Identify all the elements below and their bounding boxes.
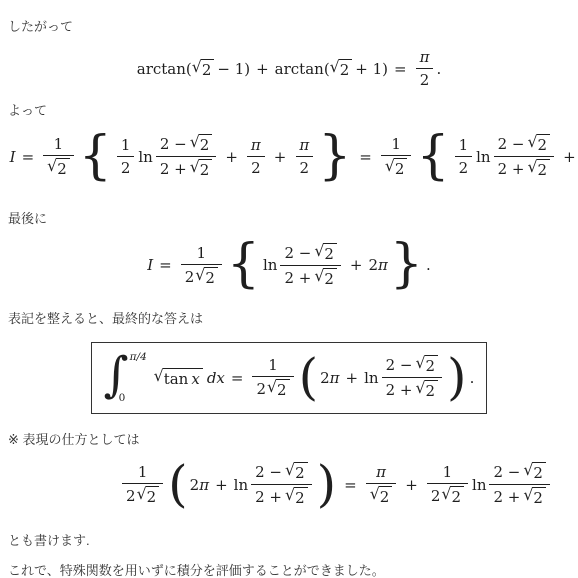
formula-I-simplified: I = 1 2√2 { ln 2 −√2 2 +√2 + 2π } .: [8, 240, 570, 289]
ln-operator: ln: [364, 369, 378, 387]
fraction-2minus-sqrt2-over-2plus-sqrt2: 2 −√2 2 +√2: [489, 462, 549, 507]
two: 2: [459, 159, 469, 177]
denominator: 2√2: [252, 376, 293, 399]
paragraph-thus: よって: [8, 102, 570, 119]
two: 2: [126, 487, 136, 505]
two: 2: [190, 476, 200, 494]
two-minus: 2 −: [498, 135, 525, 153]
sqrt-2: √2: [314, 243, 337, 263]
fraction-pi-over-2: π 2: [416, 48, 434, 89]
fraction-1-over-2sqrt2: 1 2√2: [252, 356, 293, 399]
numerator: 1: [264, 356, 282, 376]
period: .: [436, 60, 441, 78]
one: 1: [197, 244, 207, 262]
plus-one-close: + 1): [355, 60, 388, 78]
arctan-open: arctan(: [137, 60, 192, 78]
integral: ∫ π/4 0: [104, 351, 152, 405]
formula-I-braces: I = 1 √2 { 1 2 ln 2 −√2 2 +√2 + π 2 +: [8, 132, 570, 181]
two: 2: [369, 256, 379, 274]
fraction-2minus-sqrt2-over-2plus-sqrt2: 2 −√2 2 +√2: [156, 134, 216, 179]
numerator: 2 −√2: [251, 462, 311, 484]
denominator: 2 +√2: [156, 156, 216, 179]
fraction-1-over-2sqrt2: 1 2√2: [181, 244, 222, 287]
fraction-2minus-sqrt2-over-2plus-sqrt2: 2 −√2 2 +√2: [280, 243, 340, 288]
tan-operator: tan: [164, 370, 189, 388]
integral-upper-limit: π/4: [130, 351, 147, 363]
sqrt-2: √2: [523, 462, 546, 482]
sqrt-2: √2: [527, 159, 550, 179]
plus-operator: +: [215, 476, 228, 494]
sqrt-2: √2: [523, 487, 546, 507]
minus-one-close: − 1): [217, 60, 250, 78]
one: 1: [121, 136, 131, 154]
two-plus: 2 +: [386, 381, 413, 399]
two-plus: 2 +: [498, 160, 525, 178]
equals-sign: =: [159, 256, 172, 274]
left-brace: {: [227, 240, 260, 289]
ln-operator: ln: [472, 476, 486, 494]
math-row: 1 2√2 ( 2π + ln 2 −√2 2 +√2 ) = π √2 + 1…: [119, 461, 553, 509]
pi: π: [378, 256, 388, 274]
two: 2: [300, 159, 310, 177]
denominator: 2: [455, 156, 473, 177]
ln-operator: ln: [138, 148, 152, 166]
two: 2: [121, 159, 131, 177]
denominator: 2√2: [122, 483, 163, 506]
period: .: [470, 369, 475, 387]
fraction-1-over-2: 1 2: [117, 136, 135, 177]
two-minus: 2 −: [255, 463, 282, 481]
numerator: 2 −√2: [489, 462, 549, 484]
equals-sign: =: [344, 476, 357, 494]
fraction-2minus-sqrt2-over-2plus-sqrt2: 2 −√2 2 +√2: [494, 134, 554, 179]
denominator: √2: [366, 483, 397, 506]
two-pi: 2π: [369, 256, 388, 274]
answer-box: ∫ π/4 0 √tanx dx = 1 2√2 ( 2π + ln 2 −√2…: [91, 342, 488, 414]
radicand: tanx: [163, 368, 203, 388]
radicand: 2: [199, 159, 213, 179]
radicand: 2: [276, 379, 290, 399]
plus-operator: +: [350, 256, 363, 274]
radicand: 2: [532, 487, 546, 507]
fraction-1-over-sqrt2: 1 √2: [43, 135, 74, 178]
numerator: π: [295, 136, 313, 156]
sqrt-2: √2: [195, 267, 218, 287]
pi: π: [251, 136, 261, 154]
paragraph-finally: 最後に: [8, 210, 570, 227]
right-brace: }: [390, 240, 423, 289]
numerator: 2 −√2: [494, 134, 554, 156]
two: 2: [251, 159, 261, 177]
fraction-1-over-sqrt2: 1 √2: [381, 135, 412, 178]
denominator: 2 +√2: [280, 265, 340, 288]
var-I: I: [10, 148, 16, 166]
equals-sign: =: [394, 60, 407, 78]
paragraph-also-written: とも書けます.: [8, 532, 570, 549]
one: 1: [443, 463, 453, 481]
radicand: 2: [450, 486, 464, 506]
equals-sign: =: [231, 369, 244, 387]
sqrt-2: √2: [190, 159, 213, 179]
formula-final-boxed: ∫ π/4 0 √tanx dx = 1 2√2 ( 2π + ln 2 −√2…: [8, 342, 570, 414]
plus-operator: +: [346, 369, 359, 387]
two: 2: [420, 71, 430, 89]
radicand: 2: [294, 462, 308, 482]
pi: π: [376, 463, 386, 481]
denominator: 2 +√2: [489, 484, 549, 507]
denominator: 2√2: [427, 483, 468, 506]
plus-operator: +: [405, 476, 418, 494]
denominator: 2 +√2: [251, 484, 311, 507]
two-plus: 2 +: [160, 160, 187, 178]
two: 2: [185, 268, 195, 286]
radicand: 2: [339, 59, 353, 79]
math-row: arctan( √2 − 1) + arctan( √2 + 1) = π 2 …: [137, 48, 441, 89]
integral-lower-limit: 0: [119, 392, 126, 404]
one: 1: [268, 356, 278, 374]
radicand: 2: [425, 380, 439, 400]
right-paren: ): [317, 461, 337, 509]
sqrt-2: √2: [285, 462, 308, 482]
denominator: 2: [416, 68, 434, 89]
right-brace: }: [318, 132, 351, 181]
two-minus: 2 −: [493, 463, 520, 481]
arctan-open: arctan(: [275, 60, 330, 78]
sqrt-2: √2: [441, 486, 464, 506]
denominator: 2√2: [181, 264, 222, 287]
denominator: 2: [117, 156, 135, 177]
sqrt-2: √2: [137, 486, 160, 506]
fraction-1-over-2sqrt2: 1 2√2: [122, 463, 163, 506]
pi: π: [420, 48, 430, 66]
denominator: √2: [43, 155, 74, 178]
var-I: I: [147, 256, 153, 274]
ln-operator: ln: [234, 476, 248, 494]
sqrt-2: √2: [267, 379, 290, 399]
numerator: 2 −√2: [280, 243, 340, 265]
radicand: 2: [294, 487, 308, 507]
radicand: 2: [379, 486, 393, 506]
one: 1: [459, 136, 469, 154]
formula-arctan-identity: arctan( √2 − 1) + arctan( √2 + 1) = π 2 …: [8, 48, 570, 89]
two-plus: 2 +: [284, 269, 311, 287]
two: 2: [320, 369, 330, 387]
var-x: x: [191, 370, 199, 388]
period: .: [426, 256, 431, 274]
denominator: 2 +√2: [494, 156, 554, 179]
sqrt-2: √2: [190, 134, 213, 154]
radicand: 2: [537, 159, 551, 179]
two-plus: 2 +: [255, 488, 282, 506]
sqrt-2: √2: [192, 59, 215, 79]
numerator: π: [416, 48, 434, 68]
denominator: 2 +√2: [382, 377, 442, 400]
document-root: したがって arctan( √2 − 1) + arctan( √2 + 1) …: [0, 0, 578, 578]
numerator: 1: [387, 135, 405, 155]
radicand: 2: [323, 243, 337, 263]
sqrt-2: √2: [285, 487, 308, 507]
paragraph-note: ※ 表現の仕方としては: [8, 431, 570, 448]
math-row: I = 1 √2 { 1 2 ln 2 −√2 2 +√2 + π 2 +: [10, 132, 578, 181]
sqrt-2: √2: [385, 158, 408, 178]
numerator: 1: [439, 463, 457, 483]
numerator: 1: [455, 136, 473, 156]
radicand: 2: [532, 462, 546, 482]
fraction-2minus-sqrt2-over-2plus-sqrt2: 2 −√2 2 +√2: [251, 462, 311, 507]
left-brace: {: [416, 132, 449, 181]
equals-sign: =: [359, 148, 372, 166]
two-minus: 2 −: [160, 135, 187, 153]
ln-operator: ln: [263, 256, 277, 274]
radicand: 2: [199, 134, 213, 154]
denominator: √2: [381, 155, 412, 178]
pi: π: [299, 136, 309, 154]
pi: π: [199, 476, 209, 494]
two-minus: 2 −: [386, 356, 413, 374]
sqrt-2: √2: [330, 59, 353, 79]
numerator: 2 −√2: [382, 355, 442, 377]
sqrt-2: √2: [527, 134, 550, 154]
numerator: 2 −√2: [156, 134, 216, 156]
denominator: 2: [296, 156, 314, 177]
fraction-pi-over-2: π 2: [247, 136, 265, 177]
paragraph-conclusion: これで、特殊関数を用いずに積分を評価することができました。: [8, 562, 570, 578]
fraction-pi-over-2: π 2: [295, 136, 313, 177]
equals-sign: =: [22, 148, 35, 166]
formula-alternative-form: 1 2√2 ( 2π + ln 2 −√2 2 +√2 ) = π √2 + 1…: [8, 461, 570, 509]
paragraph-arrange: 表記を整えると、最終的な答えは: [8, 310, 570, 327]
sqrt-2: √2: [370, 486, 393, 506]
left-paren: (: [299, 354, 319, 402]
radicand: 2: [146, 486, 160, 506]
math-row: ∫ π/4 0 √tanx dx = 1 2√2 ( 2π + ln 2 −√2…: [104, 351, 475, 405]
one: 1: [138, 463, 148, 481]
numerator: 1: [117, 136, 135, 156]
plus-operator: +: [563, 148, 576, 166]
radicand: 2: [425, 355, 439, 375]
math-row: I = 1 2√2 { ln 2 −√2 2 +√2 + 2π } .: [147, 240, 431, 289]
one: 1: [391, 135, 401, 153]
dx: dx: [207, 369, 225, 387]
plus-operator: +: [225, 148, 238, 166]
numerator: π: [372, 463, 390, 483]
plus-operator: +: [274, 148, 287, 166]
plus-operator: +: [256, 60, 269, 78]
fraction-1-over-2: 1 2: [455, 136, 473, 177]
numerator: 1: [50, 135, 68, 155]
radicand: 2: [537, 134, 551, 154]
paragraph-therefore: したがって: [8, 18, 570, 35]
numerator: π: [247, 136, 265, 156]
right-paren: ): [447, 354, 467, 402]
one: 1: [54, 135, 64, 153]
two: 2: [431, 487, 441, 505]
left-brace: {: [79, 132, 112, 181]
numerator: 1: [193, 244, 211, 264]
sqrt-2: √2: [314, 268, 337, 288]
sqrt-2: √2: [415, 380, 438, 400]
sqrt-tan-x: √tanx: [154, 368, 203, 388]
numerator: 1: [134, 463, 152, 483]
ln-operator: ln: [476, 148, 490, 166]
radicand: 2: [201, 59, 215, 79]
two-plus: 2 +: [493, 488, 520, 506]
two-pi: 2π: [190, 476, 209, 494]
radicand: 2: [56, 158, 70, 178]
left-paren: (: [168, 461, 188, 509]
fraction-1-over-2sqrt2: 1 2√2: [427, 463, 468, 506]
denominator: 2: [247, 156, 265, 177]
pi: π: [330, 369, 340, 387]
radicand: 2: [323, 268, 337, 288]
sqrt-2: √2: [415, 355, 438, 375]
fraction-2minus-sqrt2-over-2plus-sqrt2: 2 −√2 2 +√2: [382, 355, 442, 400]
radicand: 2: [204, 267, 218, 287]
two: 2: [256, 380, 266, 398]
two-minus: 2 −: [284, 244, 311, 262]
sqrt-2: √2: [47, 158, 70, 178]
radicand: 2: [394, 158, 408, 178]
two-pi: 2π: [320, 369, 339, 387]
fraction-pi-over-sqrt2: π √2: [366, 463, 397, 506]
